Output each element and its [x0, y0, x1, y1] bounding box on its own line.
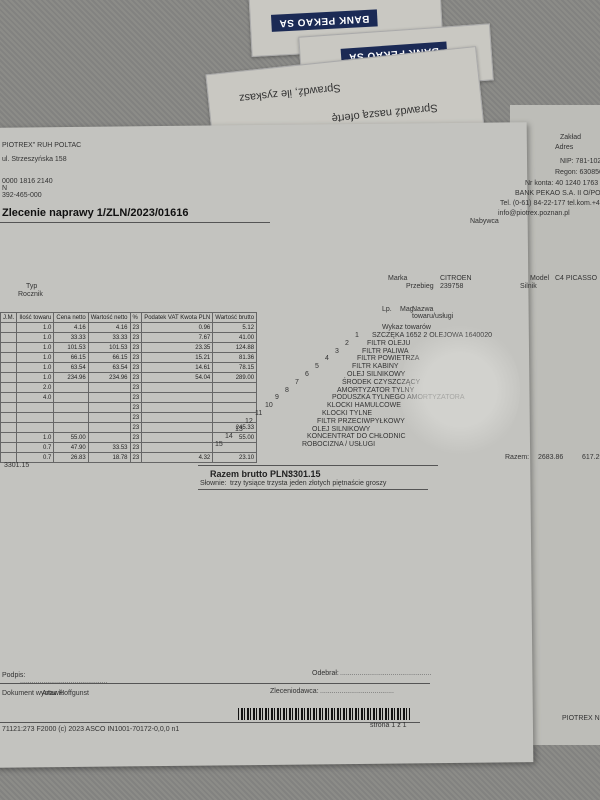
cell-unit [1, 423, 17, 433]
table-header: Wartość brutto [213, 313, 257, 323]
leaflet-text: Sprawdź, ile zyskasz [238, 81, 341, 104]
order-number: 1/ZLN/2023/01616 [97, 207, 189, 219]
razem-vat: 617.29 [582, 454, 600, 461]
company-line1: Zakład [560, 134, 581, 141]
seller-tail: N [2, 185, 7, 192]
company-bank: BANK PEKAO S.A. II O/POZ [515, 190, 600, 197]
item-lp: 5 [315, 363, 319, 370]
item-lp: 14 [225, 433, 233, 440]
item-lp: 4 [325, 355, 329, 362]
table-header-row: J.M.Ilość towaruCena nettoWartość netto%… [1, 313, 257, 323]
seller-account: 0000 1816 2140 [2, 178, 53, 185]
razem-gross: 3301.15 [4, 462, 29, 469]
col-name: Nazwa towaru/usługi [412, 306, 472, 320]
cell-vat_rate: 23 [130, 323, 142, 333]
cell-price [54, 403, 88, 413]
vehicle-model: C4 PICASSO [555, 275, 597, 282]
acceptance-label: Zleceniodawca: [270, 688, 319, 695]
vehicle-marka: CITROEN [440, 275, 472, 282]
cell-unit [1, 363, 17, 373]
cell-qty: 0.7 [17, 453, 54, 463]
vehicle-model-label: Model [530, 275, 549, 282]
cell-net [88, 383, 130, 393]
page-number: strona 1 z 1 [370, 722, 407, 729]
item-lp: 15 [215, 441, 223, 448]
seller-phone: 392-465-000 [2, 192, 42, 199]
company-regon: Regon: 630856100 [555, 169, 600, 176]
watermark-logo [400, 320, 520, 460]
cell-price: 33.33 [54, 333, 88, 343]
cell-unit [1, 433, 17, 443]
vehicle-marka-label: Marka [388, 275, 407, 282]
order-title-prefix: Zlecenie naprawy [2, 207, 94, 219]
cell-vat [142, 383, 213, 393]
item-name: FILTR PRZECIWPYŁKOWY [317, 418, 405, 425]
cell-price: 47.90 [54, 443, 88, 453]
cell-vat [142, 433, 213, 443]
item-lp: 3 [335, 348, 339, 355]
cell-qty: 1.0 [17, 323, 54, 333]
table-row: 4.023 [1, 393, 257, 403]
item-lp: 13 [235, 426, 243, 433]
table-header: J.M. [1, 313, 17, 323]
cell-vat [142, 413, 213, 423]
cell-unit [1, 393, 17, 403]
cell-net [88, 423, 130, 433]
item-name: OLEJ SILNIKOWY [312, 426, 370, 433]
cell-qty [17, 423, 54, 433]
vehicle-rocznik-label: Rocznik [18, 291, 43, 298]
cell-qty: 1.0 [17, 363, 54, 373]
cell-gross [213, 383, 257, 393]
cell-qty: 1.0 [17, 343, 54, 353]
cell-price [54, 393, 88, 403]
table-row: 1.066.1566.152315.2181.36 [1, 353, 257, 363]
cell-qty: 2.0 [17, 383, 54, 393]
cell-price: 26.83 [54, 453, 88, 463]
receiver-label: Odebrał: [312, 670, 339, 677]
table-row: 1.04.164.16230.965.12 [1, 323, 257, 333]
cell-unit [1, 403, 17, 413]
item-lp: 11 [255, 410, 262, 417]
cell-vat: 54.04 [142, 373, 213, 383]
cell-vat_rate: 23 [130, 333, 142, 343]
vehicle-przebieg-label: Przebieg [406, 283, 434, 290]
razem-label: Razem: [505, 454, 529, 461]
company-account: Nr konta: 40 1240 1763 11 [525, 180, 600, 187]
cell-vat: 23.35 [142, 343, 213, 353]
total-value: 3301.15 [288, 469, 321, 479]
item-name: KLOCKI HAMULCOWE [327, 402, 401, 409]
cell-gross [213, 403, 257, 413]
cell-gross: 289.00 [213, 373, 257, 383]
company-email: info@piotrex.poznan.pl [498, 210, 570, 217]
table-header: Cena netto [54, 313, 88, 323]
vehicle-silnik-label: Silnik [520, 283, 537, 290]
cell-vat: 7.67 [142, 333, 213, 343]
col-lp: Lp. [382, 306, 392, 313]
seller-name: PIOTREX" RUH POLTAC [2, 142, 81, 149]
cell-unit [1, 353, 17, 363]
cell-vat [142, 443, 213, 453]
cell-price: 55.00 [54, 433, 88, 443]
table-row: 1.0101.53101.532323.35124.88 [1, 343, 257, 353]
cell-vat_rate: 23 [130, 363, 142, 373]
table-header: Wartość netto [88, 313, 130, 323]
company-line2: Adres [555, 144, 573, 151]
item-name: FILTR KABINY [352, 363, 399, 370]
cell-price: 101.53 [54, 343, 88, 353]
company-nip: NIP: 781-102-81-02 [560, 158, 600, 165]
table-row: 1.033.3333.33237.6741.00 [1, 333, 257, 343]
table-row: 2.023 [1, 383, 257, 393]
cell-qty: 1.0 [17, 333, 54, 343]
software-info: 71121:273 F2000 (c) 2023 ASCO IN1001-701… [2, 726, 179, 733]
cell-unit [1, 453, 17, 463]
cell-gross: 124.88 [213, 343, 257, 353]
cell-gross: 81.36 [213, 353, 257, 363]
cell-unit [1, 373, 17, 383]
item-lp: 9 [275, 394, 279, 401]
cell-qty [17, 413, 54, 423]
table-header: Podatek VAT Kwota PLN [142, 313, 213, 323]
cell-net [88, 433, 130, 443]
cell-vat_rate: 23 [130, 393, 142, 403]
item-name: KONCENTRAT DO CHŁODNIC [307, 433, 406, 440]
cell-unit [1, 323, 17, 333]
cell-gross: 23.10 [213, 453, 257, 463]
cell-net [88, 403, 130, 413]
cell-net: 33.33 [88, 333, 130, 343]
recipient-label: Nabywca [470, 218, 499, 225]
table-header: Ilość towaru [17, 313, 54, 323]
words-label: Słownie: [200, 480, 226, 487]
cell-vat_rate: 23 [130, 343, 142, 353]
cell-net: 63.54 [88, 363, 130, 373]
company-phone: Tel. (0-61) 84-22-177 tel.kom.+4 [500, 200, 600, 207]
item-lp: 12 [245, 418, 253, 425]
cell-vat_rate: 23 [130, 443, 142, 453]
title-underline [0, 222, 270, 223]
cell-net [88, 393, 130, 403]
cell-vat_rate: 23 [130, 433, 142, 443]
item-name: OLEJ SILNIKOWY [347, 371, 405, 378]
vehicle-typ-label: Typ [26, 283, 37, 290]
cell-unit [1, 443, 17, 453]
cell-vat: 15.21 [142, 353, 213, 363]
item-lp: 7 [295, 379, 299, 386]
cell-qty: 1.0 [17, 373, 54, 383]
cell-vat_rate: 23 [130, 413, 142, 423]
item-name: FILTR OLEJU [367, 340, 410, 347]
cell-qty: 1.0 [17, 433, 54, 443]
cell-qty: 4.0 [17, 393, 54, 403]
cell-vat: 0.96 [142, 323, 213, 333]
cell-vat_rate: 23 [130, 373, 142, 383]
right-stamp: PIOTREX NS:2 [562, 715, 600, 722]
item-lp: 1 [355, 332, 359, 339]
cell-vat: 4.32 [142, 453, 213, 463]
cell-net [88, 413, 130, 423]
cell-price: 234.96 [54, 373, 88, 383]
cell-vat_rate: 23 [130, 423, 142, 433]
item-name: KLOCKI TYLNE [322, 410, 372, 417]
item-name: ROBOCIZNA / USŁUGI [302, 441, 375, 448]
cell-vat: 14.61 [142, 363, 213, 373]
cell-price [54, 423, 88, 433]
item-name: FILTR PALIWA [362, 348, 409, 355]
cell-unit [1, 333, 17, 343]
table-row: 1.063.5463.542314.6178.15 [1, 363, 257, 373]
cell-price [54, 413, 88, 423]
acceptance-dots: ...................................... [320, 688, 394, 695]
section-label: Wykaz towarów [382, 324, 431, 331]
cell-unit [1, 413, 17, 423]
cell-price: 63.54 [54, 363, 88, 373]
summary-line-bottom [198, 489, 428, 490]
table-header: % [130, 313, 142, 323]
words-value: trzy tysiące trzysta jeden złotych piętn… [230, 480, 386, 487]
table-row: 1.0234.96234.962354.04289.00 [1, 373, 257, 383]
cell-vat_rate: 23 [130, 353, 142, 363]
cell-gross [213, 393, 257, 403]
table-row: 23 [1, 413, 257, 423]
cell-qty: 1.0 [17, 353, 54, 363]
cell-vat_rate: 23 [130, 453, 142, 463]
cell-net: 18.78 [88, 453, 130, 463]
cell-gross: 5.12 [213, 323, 257, 333]
cell-vat [142, 393, 213, 403]
cell-net: 101.53 [88, 343, 130, 353]
table-row: 23 [1, 403, 257, 413]
cell-vat [142, 403, 213, 413]
cell-gross: 41.00 [213, 333, 257, 343]
cell-price: 4.16 [54, 323, 88, 333]
razem-net: 2683.86 [538, 454, 563, 461]
cell-net: 234.96 [88, 373, 130, 383]
cell-qty [17, 403, 54, 413]
item-lp: 6 [305, 371, 309, 378]
leaflet-text: Sprawdź naszą ofertę [331, 101, 438, 124]
cell-net: 66.15 [88, 353, 130, 363]
cell-price [54, 383, 88, 393]
vehicle-przebieg: 239758 [440, 283, 463, 290]
cell-vat_rate: 23 [130, 403, 142, 413]
cell-net: 4.16 [88, 323, 130, 333]
footer-line [0, 683, 430, 684]
cell-gross: 78.15 [213, 363, 257, 373]
order-title: Zlecenie naprawy 1/ZLN/2023/01616 [2, 207, 189, 219]
cell-net: 33.53 [88, 443, 130, 453]
item-lp: 10 [265, 402, 273, 409]
summary-line [198, 465, 438, 466]
total-label: Razem brutto PLN: [210, 469, 291, 479]
seller-address: ul. Strzeszyńska 158 [2, 156, 67, 163]
cell-unit [1, 383, 17, 393]
barcode [238, 708, 410, 720]
issuer-name: Artur Hoffgunst [42, 690, 89, 697]
bank-brand-label: BANK PEKAO SA [271, 9, 378, 32]
cell-unit [1, 343, 17, 353]
footer-bottom-line [0, 722, 420, 723]
cell-price: 66.15 [54, 353, 88, 363]
item-lp: 2 [345, 340, 349, 347]
table-row: 0.726.8318.78234.3223.10 [1, 453, 257, 463]
receiver-dots: ........................................… [340, 670, 431, 677]
cell-vat_rate: 23 [130, 383, 142, 393]
cell-qty: 0.7 [17, 443, 54, 453]
cell-vat [142, 423, 213, 433]
table-row: 23245.33 [1, 423, 257, 433]
item-lp: 8 [285, 387, 289, 394]
